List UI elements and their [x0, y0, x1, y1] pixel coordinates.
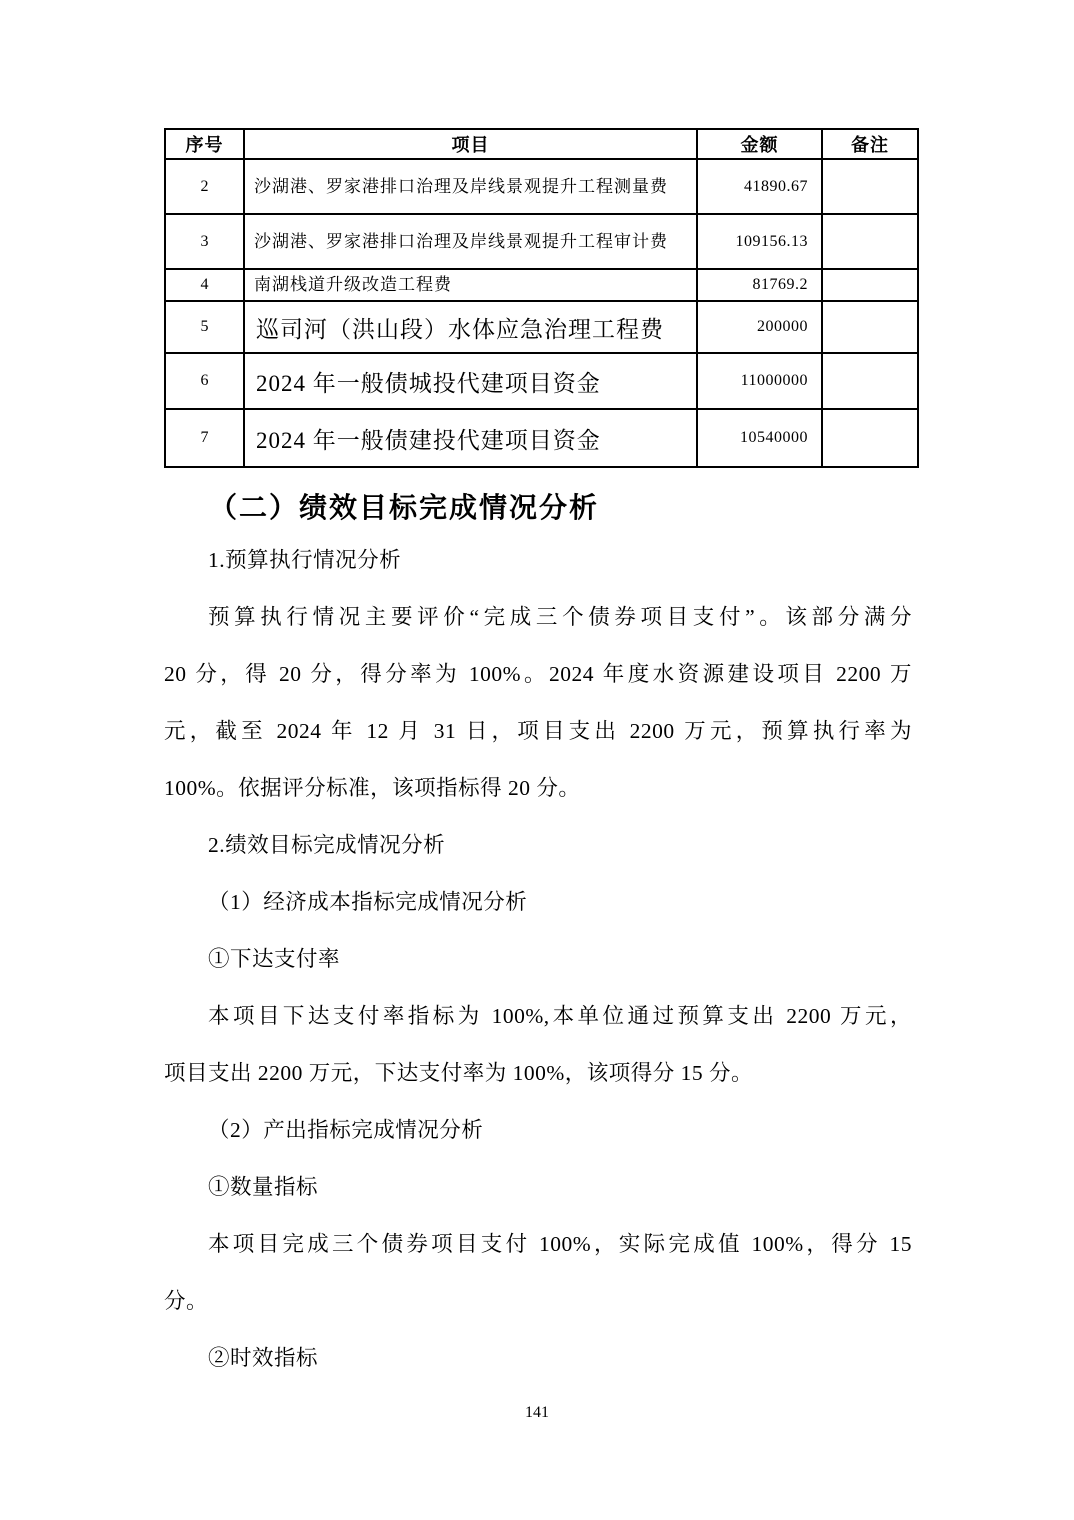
table-row: 2 沙湖港、罗家港排口治理及岸线景观提升工程测量费 41890.67 — [165, 159, 918, 214]
cell-amount: 200000 — [697, 301, 822, 353]
body-line: ①下达支付率 — [164, 931, 912, 988]
cell-serial: 6 — [165, 353, 244, 409]
table-row: 3 沙湖港、罗家港排口治理及岸线景观提升工程审计费 109156.13 — [165, 214, 918, 269]
body-line: ①数量指标 — [164, 1159, 912, 1216]
body-line: 项目支出 2200 万元，下达支付率为 100%，该项得分 15 分。 — [164, 1045, 912, 1102]
page-number: 141 — [0, 1404, 1074, 1422]
body-line: （2）产出指标完成情况分析 — [164, 1102, 912, 1159]
cell-amount: 41890.67 — [697, 159, 822, 214]
body-line: （1）经济成本指标完成情况分析 — [164, 874, 912, 931]
body-line: 预算执行情况主要评价“完成三个债券项目支付”。该部分满分 — [164, 589, 912, 646]
cell-note — [822, 269, 918, 301]
cell-serial: 2 — [165, 159, 244, 214]
body-line: 元，截至 2024 年 12 月 31 日，项目支出 2200 万元，预算执行率… — [164, 703, 912, 760]
cell-amount: 81769.2 — [697, 269, 822, 301]
cell-serial: 7 — [165, 409, 244, 467]
table-row: 7 2024 年一般债建投代建项目资金 10540000 — [165, 409, 918, 467]
body-text: 1.预算执行情况分析 预算执行情况主要评价“完成三个债券项目支付”。该部分满分 … — [164, 532, 912, 1387]
section-title: （二）绩效目标完成情况分析 — [164, 486, 957, 526]
body-line: 1.预算执行情况分析 — [164, 532, 912, 589]
cell-note — [822, 159, 918, 214]
expense-table: 序号 项目 金额 备注 2 沙湖港、罗家港排口治理及岸线景观提升工程测量费 41… — [164, 128, 919, 468]
cell-note — [822, 301, 918, 353]
body-line: 本项目下达支付率指标为 100%,本单位通过预算支出 2200 万元， — [164, 988, 912, 1045]
cell-item: 沙湖港、罗家港排口治理及岸线景观提升工程审计费 — [244, 214, 697, 269]
cell-item: 南湖栈道升级改造工程费 — [244, 269, 697, 301]
table-row: 6 2024 年一般债城投代建项目资金 11000000 — [165, 353, 918, 409]
cell-serial: 3 — [165, 214, 244, 269]
body-line: ②时效指标 — [164, 1330, 912, 1387]
table-row: 5 巡司河（洪山段）水体应急治理工程费 200000 — [165, 301, 918, 353]
cell-item: 巡司河（洪山段）水体应急治理工程费 — [244, 301, 697, 353]
body-line: 20 分，得 20 分，得分率为 100%。2024 年度水资源建设项目 220… — [164, 646, 912, 703]
cell-serial: 5 — [165, 301, 244, 353]
cell-note — [822, 353, 918, 409]
header-cell-item: 项目 — [244, 129, 697, 159]
cell-amount: 10540000 — [697, 409, 822, 467]
cell-amount: 109156.13 — [697, 214, 822, 269]
header-cell-serial: 序号 — [165, 129, 244, 159]
header-cell-amount: 金额 — [697, 129, 822, 159]
cell-item: 2024 年一般债建投代建项目资金 — [244, 409, 697, 467]
cell-note — [822, 214, 918, 269]
body-line: 分。 — [164, 1273, 912, 1330]
body-line: 2.绩效目标完成情况分析 — [164, 817, 912, 874]
body-line: 100%。依据评分标准，该项指标得 20 分。 — [164, 760, 912, 817]
document-page: 序号 项目 金额 备注 2 沙湖港、罗家港排口治理及岸线景观提升工程测量费 41… — [0, 0, 1074, 1520]
table-row: 4 南湖栈道升级改造工程费 81769.2 — [165, 269, 918, 301]
cell-note — [822, 409, 918, 467]
header-cell-note: 备注 — [822, 129, 918, 159]
cell-amount: 11000000 — [697, 353, 822, 409]
cell-item: 2024 年一般债城投代建项目资金 — [244, 353, 697, 409]
cell-serial: 4 — [165, 269, 244, 301]
cell-item: 沙湖港、罗家港排口治理及岸线景观提升工程测量费 — [244, 159, 697, 214]
body-line: 本项目完成三个债券项目支付 100%，实际完成值 100%，得分 15 — [164, 1216, 912, 1273]
table-header-row: 序号 项目 金额 备注 — [165, 129, 918, 159]
